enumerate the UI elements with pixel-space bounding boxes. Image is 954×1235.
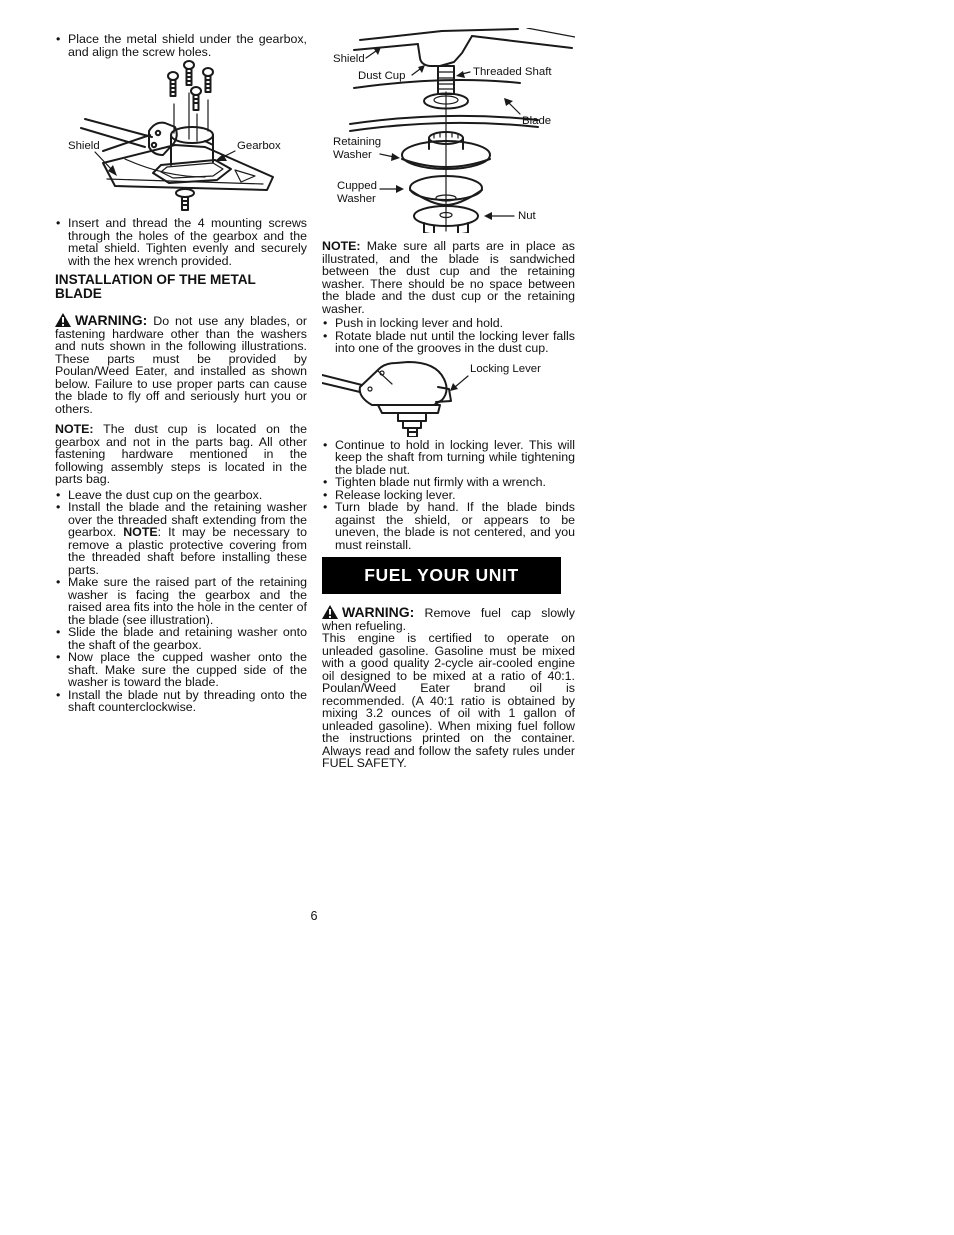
list-item: • Install the blade and the retaining wa… xyxy=(55,501,307,576)
warning-triangle-icon xyxy=(55,313,71,327)
screw-guide-lines xyxy=(174,93,208,141)
list-item: • Install the blade nut by threading ont… xyxy=(55,689,307,714)
output-shaft xyxy=(398,413,426,437)
bullet-marker: • xyxy=(56,689,60,702)
bullet-text: Place the metal shield under the gearbox… xyxy=(68,32,307,59)
cupped-washer-arrow xyxy=(380,185,404,193)
warning-text: Do not use any blades, or fastening hard… xyxy=(55,314,307,416)
shield-gearbox-illustration: Shield Gearbox xyxy=(55,59,307,212)
note-paragraph: NOTE: The dust cup is located on the gea… xyxy=(55,423,307,486)
bullet-marker: • xyxy=(56,501,60,514)
locking-lever-label: Locking Lever xyxy=(470,363,541,375)
list-item: • Slide the blade and retaining washer o… xyxy=(55,626,307,651)
blade-arrow xyxy=(504,98,520,114)
note-paragraph: NOTE: Make sure all parts are in place a… xyxy=(322,240,575,315)
locking-lever-arrow xyxy=(450,376,468,391)
bullet-text: Slide the blade and retaining washer ont… xyxy=(68,625,307,652)
bullet-marker: • xyxy=(56,576,60,589)
bullet-marker: • xyxy=(323,330,327,343)
mounting-screws-icon xyxy=(168,61,213,110)
dust-cup-label: Dust Cup xyxy=(358,70,405,82)
nut-label: Nut xyxy=(518,210,537,222)
list-item: • Make sure the raised part of the retai… xyxy=(55,576,307,626)
nut-arrow xyxy=(484,212,514,220)
bullet-marker: • xyxy=(323,501,327,514)
blade-label: Blade xyxy=(522,115,551,127)
bullet-marker: • xyxy=(56,626,60,639)
bullet-marker: • xyxy=(323,476,327,489)
threaded-shaft-arrow xyxy=(456,71,470,78)
list-item: • Now place the cupped washer onto the s… xyxy=(55,651,307,689)
list-item: • Insert and thread the 4 mounting screw… xyxy=(55,217,307,267)
bullet-text: Turn blade by hand. If the blade binds a… xyxy=(335,500,575,552)
bullet-text: Install the blade nut by threading onto … xyxy=(68,688,307,715)
shield-edge xyxy=(354,28,575,50)
blade-install-bullet-list: • Leave the dust cup on the gearbox. • I… xyxy=(55,489,307,714)
gearbox-housing xyxy=(322,362,447,413)
dust-cup-shape xyxy=(418,36,472,66)
bullet-text: Make sure the raised part of the retaini… xyxy=(68,575,307,627)
shield-gearbox-figure: Shield Gearbox xyxy=(55,59,307,212)
blade-assembly-illustration: Shield Dust Cup Threaded Shaft Blade Ret… xyxy=(322,28,575,233)
warning-paragraph: WARNING: Remove fuel cap slowly when ref… xyxy=(322,605,575,632)
retaining-washer-label: Washer xyxy=(333,149,372,161)
bullet-marker: • xyxy=(323,317,327,330)
blade-shape xyxy=(350,80,538,131)
bullet-marker: • xyxy=(56,651,60,664)
note-text: The dust cup is located on the gearbox a… xyxy=(55,422,307,486)
bullet-text: Insert and thread the 4 mounting screws … xyxy=(68,216,307,268)
tighten-bullet-list: • Continue to hold in locking lever. Thi… xyxy=(322,439,575,552)
dust-cup-arrow xyxy=(412,65,425,75)
fuel-your-unit-banner: FUEL YOUR UNIT xyxy=(322,557,561,594)
cupped-washer-label: Washer xyxy=(337,193,376,205)
warning-paragraph: WARNING: Do not use any blades, or faste… xyxy=(55,313,307,415)
shield-bolt xyxy=(176,189,194,210)
shield-label: Shield xyxy=(333,53,365,65)
blade-assembly-exploded-figure: Shield Dust Cup Threaded Shaft Blade Ret… xyxy=(322,28,575,233)
mounting-bullet-list: • Insert and thread the 4 mounting screw… xyxy=(55,217,307,267)
warning-triangle-icon xyxy=(322,605,338,619)
bullet-text: Continue to hold in locking lever. This … xyxy=(335,438,575,477)
fuel-info-paragraph: This engine is certified to operate on u… xyxy=(322,632,575,770)
page-number: 6 xyxy=(300,909,328,923)
list-item: • Rotate blade nut until the locking lev… xyxy=(322,330,575,355)
locking-lever-figure: Locking Lever xyxy=(322,359,575,437)
bullet-text: Rotate blade nut until the locking lever… xyxy=(335,329,575,356)
locking-lever-illustration: Locking Lever xyxy=(322,359,575,437)
bullet-marker: • xyxy=(323,439,327,452)
bullet-marker: • xyxy=(56,217,60,230)
intro-bullet-list: • Place the metal shield under the gearb… xyxy=(55,33,307,58)
gearbox-label: Gearbox xyxy=(237,140,281,152)
gearbox-flange xyxy=(153,160,231,183)
shield-arrow xyxy=(95,152,117,176)
list-item: • Turn blade by hand. If the blade binds… xyxy=(322,501,575,551)
retaining-washer-arrow xyxy=(380,153,400,161)
locking-bullet-list: • Push in locking lever and hold. • Rota… xyxy=(322,317,575,355)
shield-label: Shield xyxy=(68,140,100,152)
right-column: Shield Dust Cup Threaded Shaft Blade Ret… xyxy=(322,28,575,770)
bullet-text: Now place the cupped washer onto the sha… xyxy=(68,650,307,689)
section-heading-installation: INSTALLATION OF THE METAL BLADE xyxy=(55,273,277,302)
left-column: • Place the metal shield under the gearb… xyxy=(55,33,307,714)
retaining-washer-label: Retaining xyxy=(333,136,381,148)
list-item: • Continue to hold in locking lever. Thi… xyxy=(322,439,575,477)
bullet-marker: • xyxy=(56,33,60,46)
note-text: Make sure all parts are in place as illu… xyxy=(322,239,575,316)
list-item: • Place the metal shield under the gearb… xyxy=(55,33,307,58)
cupped-washer-label: Cupped xyxy=(337,180,377,192)
threaded-shaft-label: Threaded Shaft xyxy=(473,66,552,78)
